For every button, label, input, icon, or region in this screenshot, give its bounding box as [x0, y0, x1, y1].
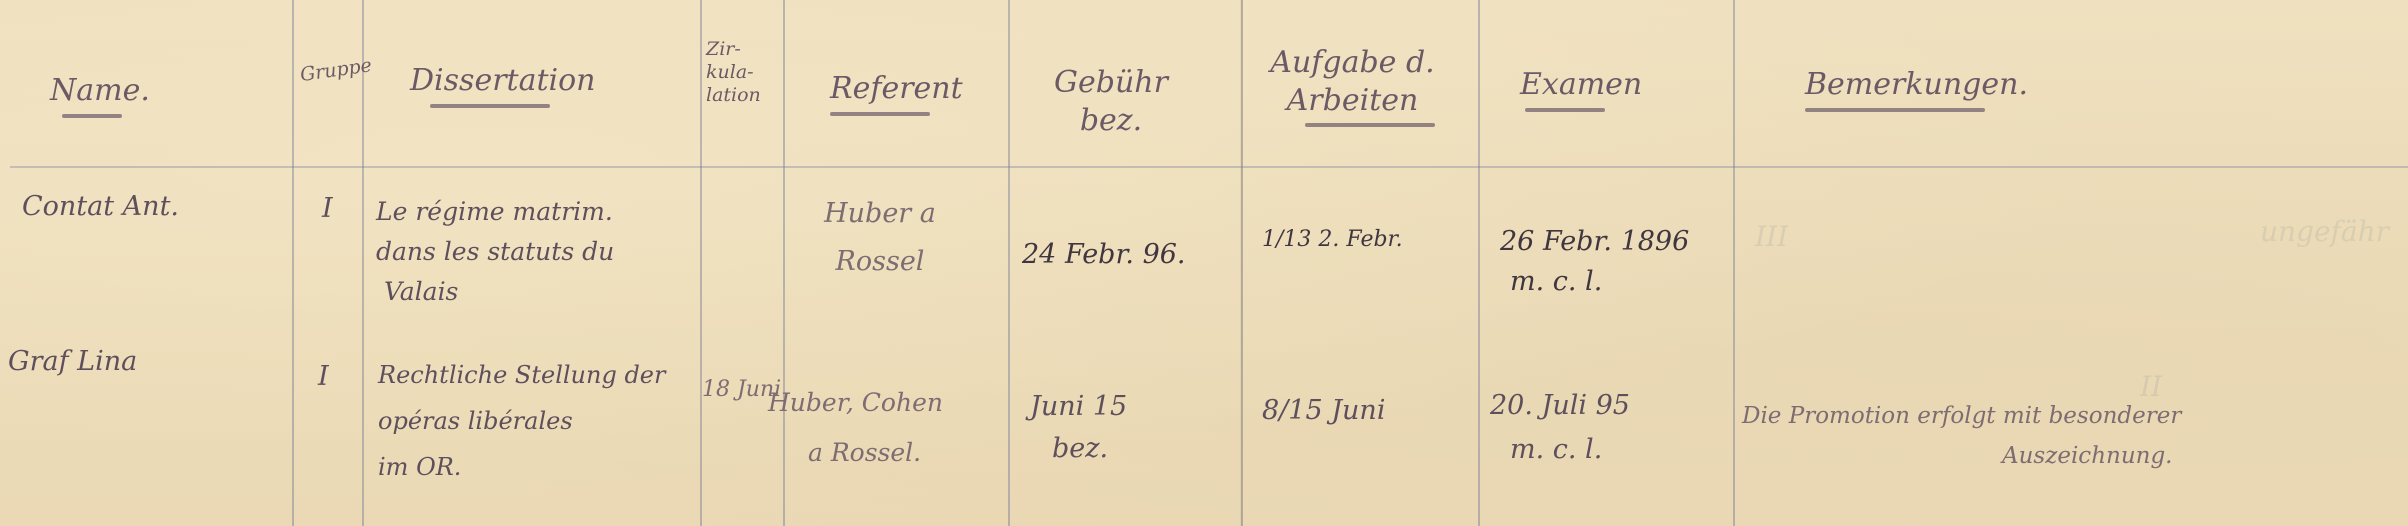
header-underline: [830, 112, 930, 116]
header-underline: [1805, 108, 1985, 112]
row1-examen: 26 Febr. 1896 m. c. l.: [1500, 222, 1689, 302]
row1-dissertation-line: dans les statuts du: [376, 232, 614, 272]
row2-dissertation: Rechtliche Stellung der opéras libérales…: [378, 352, 665, 490]
row2-aufgabe: 8/15 Juni: [1262, 394, 1385, 428]
row1-gebuehr: 24 Febr. 96.: [1022, 238, 1186, 272]
column-rule: [700, 0, 702, 526]
header-gruppe: Gruppe: [299, 56, 362, 87]
row1-referent-line: Rossel: [760, 238, 1000, 286]
header-referent: Referent: [830, 70, 963, 116]
header-aufgabe-label-1: Aufgabe d.: [1270, 45, 1434, 80]
header-bemerkungen: Bemerkungen.: [1805, 66, 2028, 112]
row2-bemerkungen-line: Auszeichnung.: [1742, 436, 2181, 476]
header-examen-label: Examen: [1520, 67, 1642, 102]
row2-bemerkungen-line: Die Promotion erfolgt mit besonderer: [1742, 396, 2181, 436]
bleed-through-text: ungefähr: [2260, 215, 2389, 248]
row1-referent-line: Huber a: [760, 190, 1000, 238]
header-rule: [10, 166, 2408, 168]
column-rule: [1478, 0, 1480, 526]
header-bemerkungen-label: Bemerkungen.: [1805, 67, 2028, 102]
row2-gebuehr-line: Juni 15: [1030, 386, 1127, 428]
row2-referent-line: a Rossel.: [768, 428, 943, 478]
header-gebuehr: Gebühr bez.: [1036, 64, 1186, 139]
header-zirkulation-label: Zir-kula-lation: [706, 38, 761, 106]
header-underline: [62, 114, 122, 118]
header-dissertation: Dissertation: [410, 62, 596, 108]
row2-referent-line: Huber, Cohen: [768, 378, 943, 428]
paper-fold: [1240, 0, 1243, 526]
row2-dissertation-line: im OR.: [378, 444, 665, 490]
row1-dissertation: Le régime matrim. dans les statuts du Va…: [376, 192, 614, 312]
row2-gebuehr: Juni 15 bez.: [1030, 386, 1127, 470]
row2-bemerkungen: Die Promotion erfolgt mit besonderer Aus…: [1742, 396, 2181, 476]
header-underline: [430, 104, 550, 108]
row2-dissertation-line: Rechtliche Stellung der: [378, 352, 665, 398]
row2-referent: Huber, Cohen a Rossel.: [768, 378, 943, 478]
header-underline: [1305, 123, 1435, 127]
document-page: III ungefähr II Name. Gruppe Dissertatio…: [0, 0, 2408, 526]
header-dissertation-label: Dissertation: [410, 63, 596, 98]
bleed-through-text: III: [1755, 220, 1788, 253]
row1-dissertation-line: Le régime matrim.: [376, 192, 614, 232]
row1-name: Contat Ant.: [22, 190, 179, 224]
row2-gebuehr-line: bez.: [1030, 428, 1127, 470]
row2-examen-line: m. c. l.: [1490, 428, 1630, 472]
header-examen: Examen: [1520, 66, 1642, 112]
column-rule: [362, 0, 364, 526]
header-referent-label: Referent: [830, 71, 963, 106]
row1-dissertation-line: Valais: [376, 272, 614, 312]
row1-referent: Huber a Rossel: [760, 190, 1000, 286]
row2-name: Graf Lina: [8, 345, 137, 379]
column-rule: [1733, 0, 1735, 526]
row2-gruppe: I: [318, 360, 329, 394]
header-aufgabe-label-2: Arbeiten: [1287, 83, 1419, 118]
row2-examen: 20. Juli 95 m. c. l.: [1490, 384, 1630, 472]
row2-dissertation-line: opéras libérales: [378, 398, 665, 444]
row1-gruppe: I: [322, 192, 333, 226]
header-name: Name.: [50, 72, 150, 118]
header-aufgabe: Aufgabe d. Arbeiten: [1270, 44, 1435, 127]
header-gebuehr-label: Gebühr bez.: [1054, 65, 1168, 138]
row2-examen-line: 20. Juli 95: [1490, 384, 1630, 428]
row1-examen-line: m. c. l.: [1500, 262, 1689, 302]
row1-aufgabe: 1/13 2. Febr.: [1262, 226, 1403, 254]
row1-examen-line: 26 Febr. 1896: [1500, 222, 1689, 262]
header-name-label: Name.: [50, 73, 150, 108]
header-underline: [1525, 108, 1605, 112]
column-rule: [292, 0, 294, 526]
column-rule: [1008, 0, 1010, 526]
header-zirkulation: Zir-kula-lation: [706, 38, 778, 106]
